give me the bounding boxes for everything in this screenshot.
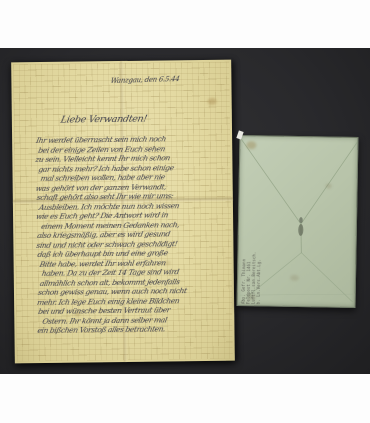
envelope-back: Abs. Gefr. Thimann Feldpost Nr. 1461 Luf… <box>237 135 359 308</box>
letter-salutation: Liebe Verwandten! <box>60 114 148 126</box>
envelope-stain <box>290 275 299 281</box>
envelope-stain <box>246 141 256 149</box>
envelope-sender-address: Abs. Gefr. Thimann Feldpost Nr. 1461 Luf… <box>242 192 264 304</box>
paper-stain <box>208 98 217 105</box>
photo-of-letter-and-envelope: Wanzgau, den 6.5.44 Liebe Verwandten! Ih… <box>0 0 370 423</box>
letter-body: Ihr werdet überrascht sein mich noch bei… <box>36 134 234 336</box>
handwritten-letter: Wanzgau, den 6.5.44 Liebe Verwandten! Ih… <box>11 60 235 364</box>
envelope-stain <box>326 183 332 188</box>
